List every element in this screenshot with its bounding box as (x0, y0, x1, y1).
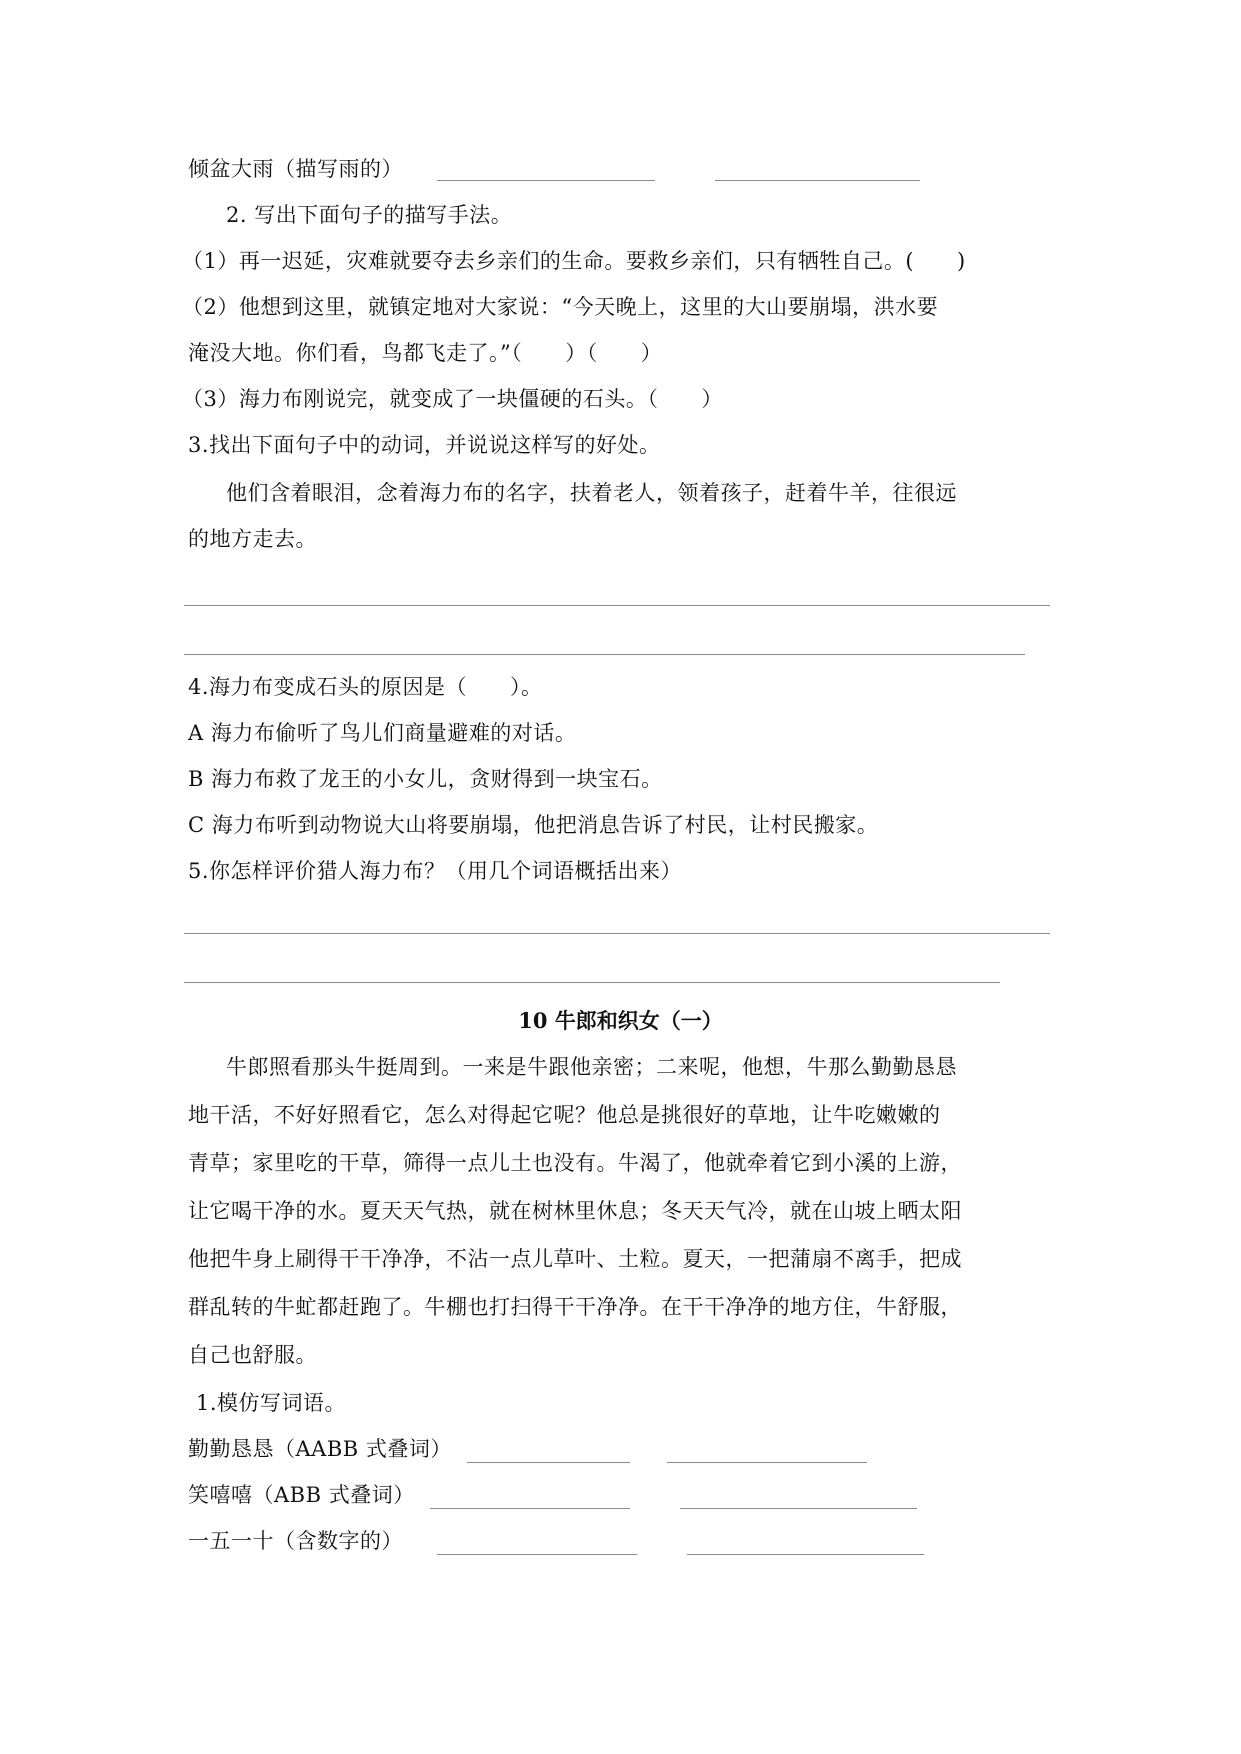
passage-line: 青草；家里吃的干草，筛得一点儿土也没有。牛渴了，他就牵着它到小溪的上游， (188, 1148, 962, 1178)
question-2-item-3: （3）海力布刚说完，就变成了一块僵硬的石头。（ ） (182, 384, 723, 414)
question-3-passage-cont: 的地方走去。 (188, 524, 317, 554)
word-prompt-abb: 笑嘻嘻（ABB 式叠词） (188, 1480, 415, 1510)
passage-line: 让它喝干净的水。夏天天气热，就在树林里休息；冬天天气冷，就在山坡上晒太阳 (188, 1196, 962, 1226)
word-prompt-numbers: 一五一十（含数字的） (188, 1526, 403, 1556)
answer-blank[interactable] (680, 1508, 917, 1509)
answer-blank[interactable] (467, 1462, 630, 1463)
answer-blank[interactable] (437, 1554, 637, 1555)
question-4-title: 4.海力布变成石头的原因是（ ）。 (188, 672, 543, 702)
answer-line[interactable] (184, 933, 1050, 934)
answer-blank[interactable] (430, 1508, 630, 1509)
answer-blank[interactable] (687, 1554, 924, 1555)
word-prompt-aabb: 勤勤恳恳（AABB 式叠词） (188, 1434, 452, 1464)
question-3-passage: 他们含着眼泪，念着海力布的名字，扶着老人，领着孩子，赶着牛羊，往很远 (226, 478, 957, 508)
question-5-title: 5.你怎样评价猎人海力布？（用几个词语概括出来） (188, 856, 682, 886)
answer-line[interactable] (184, 982, 1000, 983)
section10-question-1-title: 1.模仿写词语。 (196, 1388, 346, 1418)
passage-line: 群乱转的牛虻都赶跑了。牛棚也打扫得干干净净。在干干净净的地方住，牛舒服， (188, 1292, 962, 1322)
question-2-item-2-cont: 淹没大地。你们看，鸟都飞走了。”（ ）（ ） (188, 338, 662, 368)
section-title: 10 牛郎和织女（一） (0, 1006, 1241, 1036)
answer-line[interactable] (184, 654, 1025, 655)
q1-word-prompt: 倾盆大雨（描写雨的） (188, 154, 403, 184)
passage-line: 他把牛身上刷得干干净净，不沾一点儿草叶、土粒。夏天，一把蒲扇不离手，把成 (188, 1244, 962, 1274)
question-4-option-c: C 海力布听到动物说大山将要崩塌，他把消息告诉了村民，让村民搬家。 (188, 810, 878, 840)
answer-line[interactable] (184, 605, 1050, 606)
passage-line: 地干活，不好好照看它，怎么对得起它呢？他总是挑很好的草地，让牛吃嫩嫩的 (188, 1100, 941, 1130)
passage-line: 牛郎照看那头牛挺周到。一来是牛跟他亲密；二来呢，他想，牛那么勤勤恳恳 (226, 1052, 957, 1082)
answer-blank[interactable] (715, 180, 920, 181)
passage-line: 自己也舒服。 (188, 1340, 317, 1370)
question-3-title: 3.找出下面句子中的动词，并说说这样写的好处。 (188, 430, 661, 460)
question-2-item-1: （1）再一迟延，灾难就要夺去乡亲们的生命。要救乡亲们，只有牺牲自己。( ) (182, 246, 966, 276)
question-2-item-2: （2）他想到这里，就镇定地对大家说：“今天晚上，这里的大山要崩塌，洪水要 (182, 292, 938, 322)
question-4-option-b: B 海力布救了龙王的小女儿，贪财得到一块宝石。 (188, 764, 663, 794)
answer-blank[interactable] (667, 1462, 867, 1463)
question-2-title: 2. 写出下面句子的描写手法。 (226, 200, 512, 230)
answer-blank[interactable] (437, 180, 655, 181)
question-4-option-a: A 海力布偷听了鸟儿们商量避难的对话。 (188, 718, 576, 748)
